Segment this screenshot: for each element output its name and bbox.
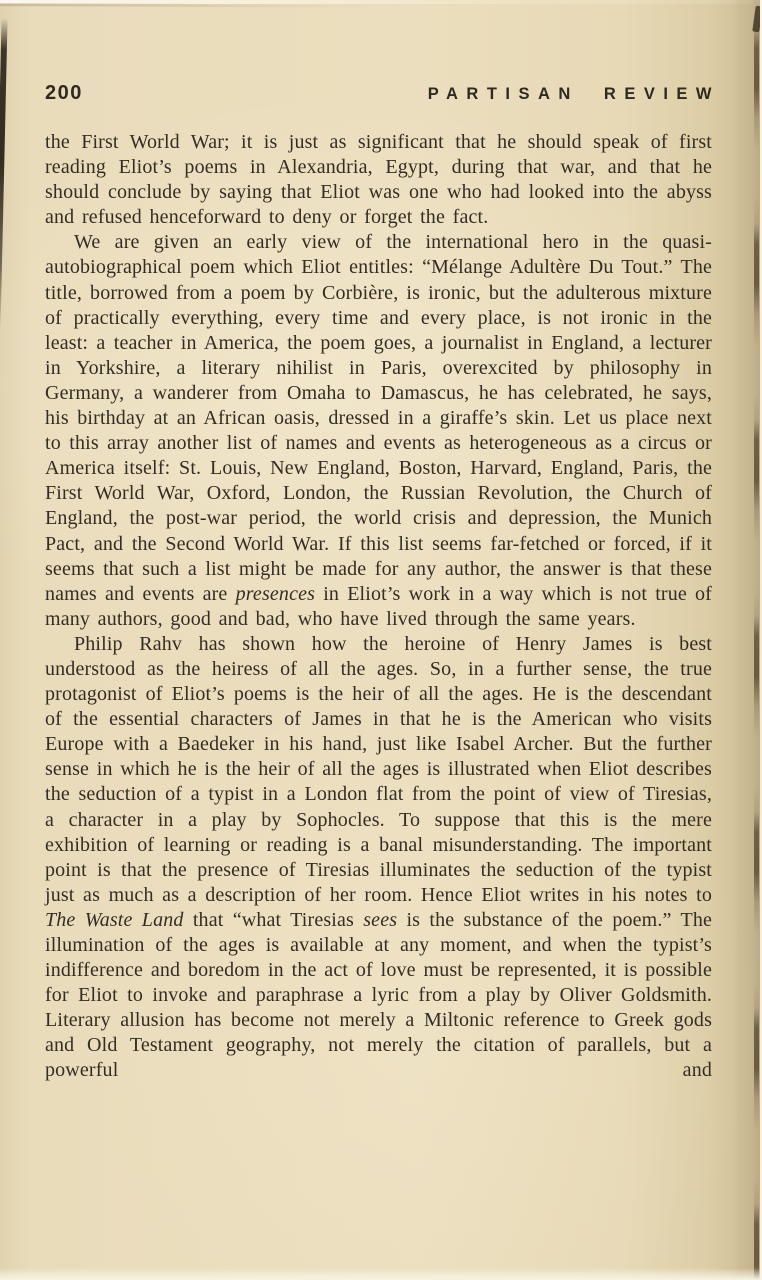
binding-marks — [754, 0, 759, 1280]
text-run: is the substance of the poem.” The illum… — [45, 909, 712, 1082]
top-crease-shadow — [0, 3, 420, 8]
page-text-column: the First World War; it is just as signi… — [45, 130, 712, 1084]
scan-bottom-edge — [0, 1268, 762, 1280]
body-paragraph: the First World War; it is just as signi… — [45, 130, 712, 230]
text-run: that “what Tiresias — [184, 909, 364, 931]
body-paragraph: We are given an early view of the intern… — [45, 230, 712, 632]
italic-text-run: sees — [363, 909, 397, 931]
page-number: 200 — [45, 82, 83, 105]
text-run: Philip Rahv has shown how the heroine of… — [45, 633, 712, 906]
italic-text-run: The Waste Land — [45, 909, 184, 931]
text-run: We are given an early view of the intern… — [45, 231, 712, 604]
scanned-book-page: 200 PARTISAN REVIEW the First World War;… — [0, 0, 762, 1280]
italic-text-run: presences — [236, 583, 315, 605]
text-run: the First World War; it is just as signi… — [45, 131, 712, 228]
journal-title: PARTISAN REVIEW — [428, 85, 720, 104]
left-edge-shadow-artifact — [0, 18, 8, 333]
running-header: 200 PARTISAN REVIEW — [45, 82, 712, 105]
body-paragraph: Philip Rahv has shown how the heroine of… — [45, 632, 712, 1084]
